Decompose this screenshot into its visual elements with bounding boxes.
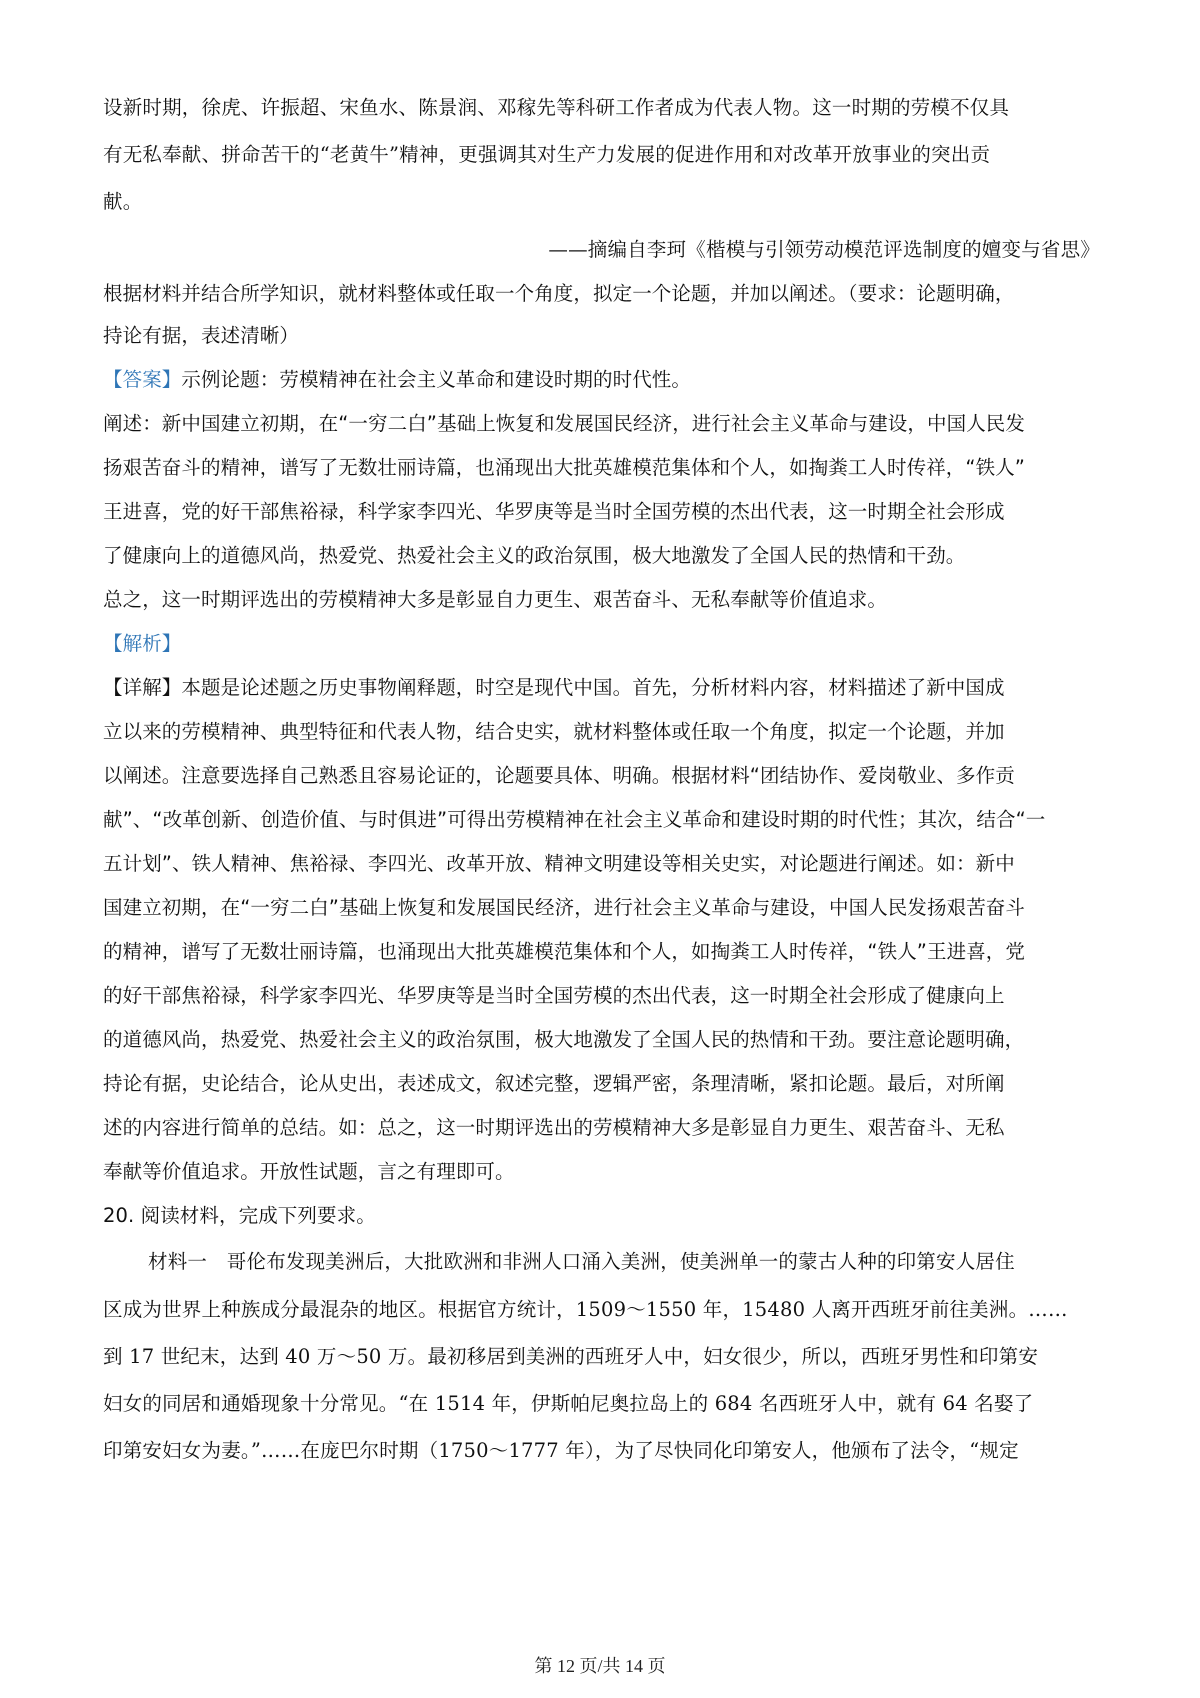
answer-line: 总之，这一时期评选出的劳模精神大多是彰显自力更生、艰苦奋斗、无私奉献等价值追求。 [103,586,1098,614]
material-line: 献。 [103,188,1098,216]
analysis-line: 献”、“改革创新、创造价值、与时俱进”可得出劳模精神在社会主义革命和建设时期的时… [103,806,1098,834]
material1-line: 到 17 世纪末，达到 40 万～50 万。最初移居到美洲的西班牙人中，妇女很少… [103,1343,1098,1371]
analysis-line: 国建立初期，在“一穷二白”基础上恢复和发展国民经济，进行社会主义革命与建设，中国… [103,894,1098,922]
analysis-line: 的道德风尚，热爱党、热爱社会主义的政治氛围，极大地激发了全国人民的热情和干劲。要… [103,1026,1098,1054]
question-20-title: 20. 阅读材料，完成下列要求。 [103,1202,1098,1230]
analysis-line: 的精神，谱写了无数壮丽诗篇，也涌现出大批英雄模范集体和个人，如掏粪工人时传祥，“… [103,938,1098,966]
answer-line: 扬艰苦奋斗的精神，谱写了无数壮丽诗篇，也涌现出大批英雄模范集体和个人，如掏粪工人… [103,454,1098,482]
question-line: 持论有据，表述清晰） [103,322,1098,350]
analysis-line: 述的内容进行简单的总结。如：总之，这一时期评选出的劳模精神大多是彰显自力更生、艰… [103,1114,1098,1142]
material1-line: 印第安妇女为妻。”……在庞巴尔时期（1750～1777 年），为了尽快同化印第安… [103,1437,1098,1465]
answer-label: 【答案】 [103,368,181,391]
analysis-line: 持论有据，史论结合，论从史出，表述成文，叙述完整，逻辑严密，条理清晰，紧扣论题。… [103,1070,1098,1098]
material-line: 设新时期，徐虎、许振超、宋鱼水、陈景润、邓稼先等科研工作者成为代表人物。这一时期… [103,94,1098,122]
answer-line: 阐述：新中国建立初期，在“一穷二白”基础上恢复和发展国民经济，进行社会主义革命与… [103,410,1098,438]
answer-thesis: 示例论题：劳模精神在社会主义革命和建设时期的时代性。 [181,368,691,391]
analysis-line: 以阐述。注意要选择自己熟悉且容易论证的，论题要具体、明确。根据材料“团结协作、爱… [103,762,1098,790]
analysis-line: 五计划”、铁人精神、焦裕禄、李四光、改革开放、精神文明建设等相关史实，对论题进行… [103,850,1098,878]
material-source: ——摘编自李珂《楷模与引领劳动模范评选制度的嬗变与省思》 [548,236,1100,264]
analysis-line: 奉献等价值追求。开放性试题，言之有理即可。 [103,1158,1098,1186]
document-page: 设新时期，徐虎、许振超、宋鱼水、陈景润、邓稼先等科研工作者成为代表人物。这一时期… [0,0,1200,1698]
analysis-line: 的好干部焦裕禄，科学家李四光、华罗庚等是当时全国劳模的杰出代表，这一时期全社会形… [103,982,1098,1010]
answer-line: 王进喜，党的好干部焦裕禄，科学家李四光、华罗庚等是当时全国劳模的杰出代表，这一时… [103,498,1098,526]
analysis-line: 立以来的劳模精神、典型特征和代表人物，结合史实，就材料整体或任取一个角度，拟定一… [103,718,1098,746]
answer-line: 了健康向上的道德风尚，热爱党、热爱社会主义的政治氛围，极大地激发了全国人民的热情… [103,542,1098,570]
analysis-line: 【详解】本题是论述题之历史事物阐释题，时空是现代中国。首先，分析材料内容，材料描… [103,674,1098,702]
material1-line: 区成为世界上种族成分最混杂的地区。根据官方统计，1509～1550 年，1548… [103,1296,1098,1324]
question-line: 根据材料并结合所学知识，就材料整体或任取一个角度，拟定一个论题，并加以阐述。（要… [103,280,1098,308]
material-line: 有无私奉献、拼命苦干的“老黄牛”精神，更强调其对生产力发展的促进作用和对改革开放… [103,141,1098,169]
analysis-label: 【解析】 [103,630,1098,658]
detail-label: 【详解】 [103,676,181,699]
material1-line: 妇女的同居和通婚现象十分常见。“在 1514 年，伊斯帕尼奥拉岛上的 684 名… [103,1390,1098,1418]
answer-thesis-line: 【答案】示例论题：劳模精神在社会主义革命和建设时期的时代性。 [103,366,1098,394]
page-number: 第 12 页/共 14 页 [0,1652,1200,1678]
material1-line: 材料一 哥伦布发现美洲后，大批欧洲和非洲人口涌入美洲，使美洲单一的蒙古人种的印第… [148,1248,1098,1276]
